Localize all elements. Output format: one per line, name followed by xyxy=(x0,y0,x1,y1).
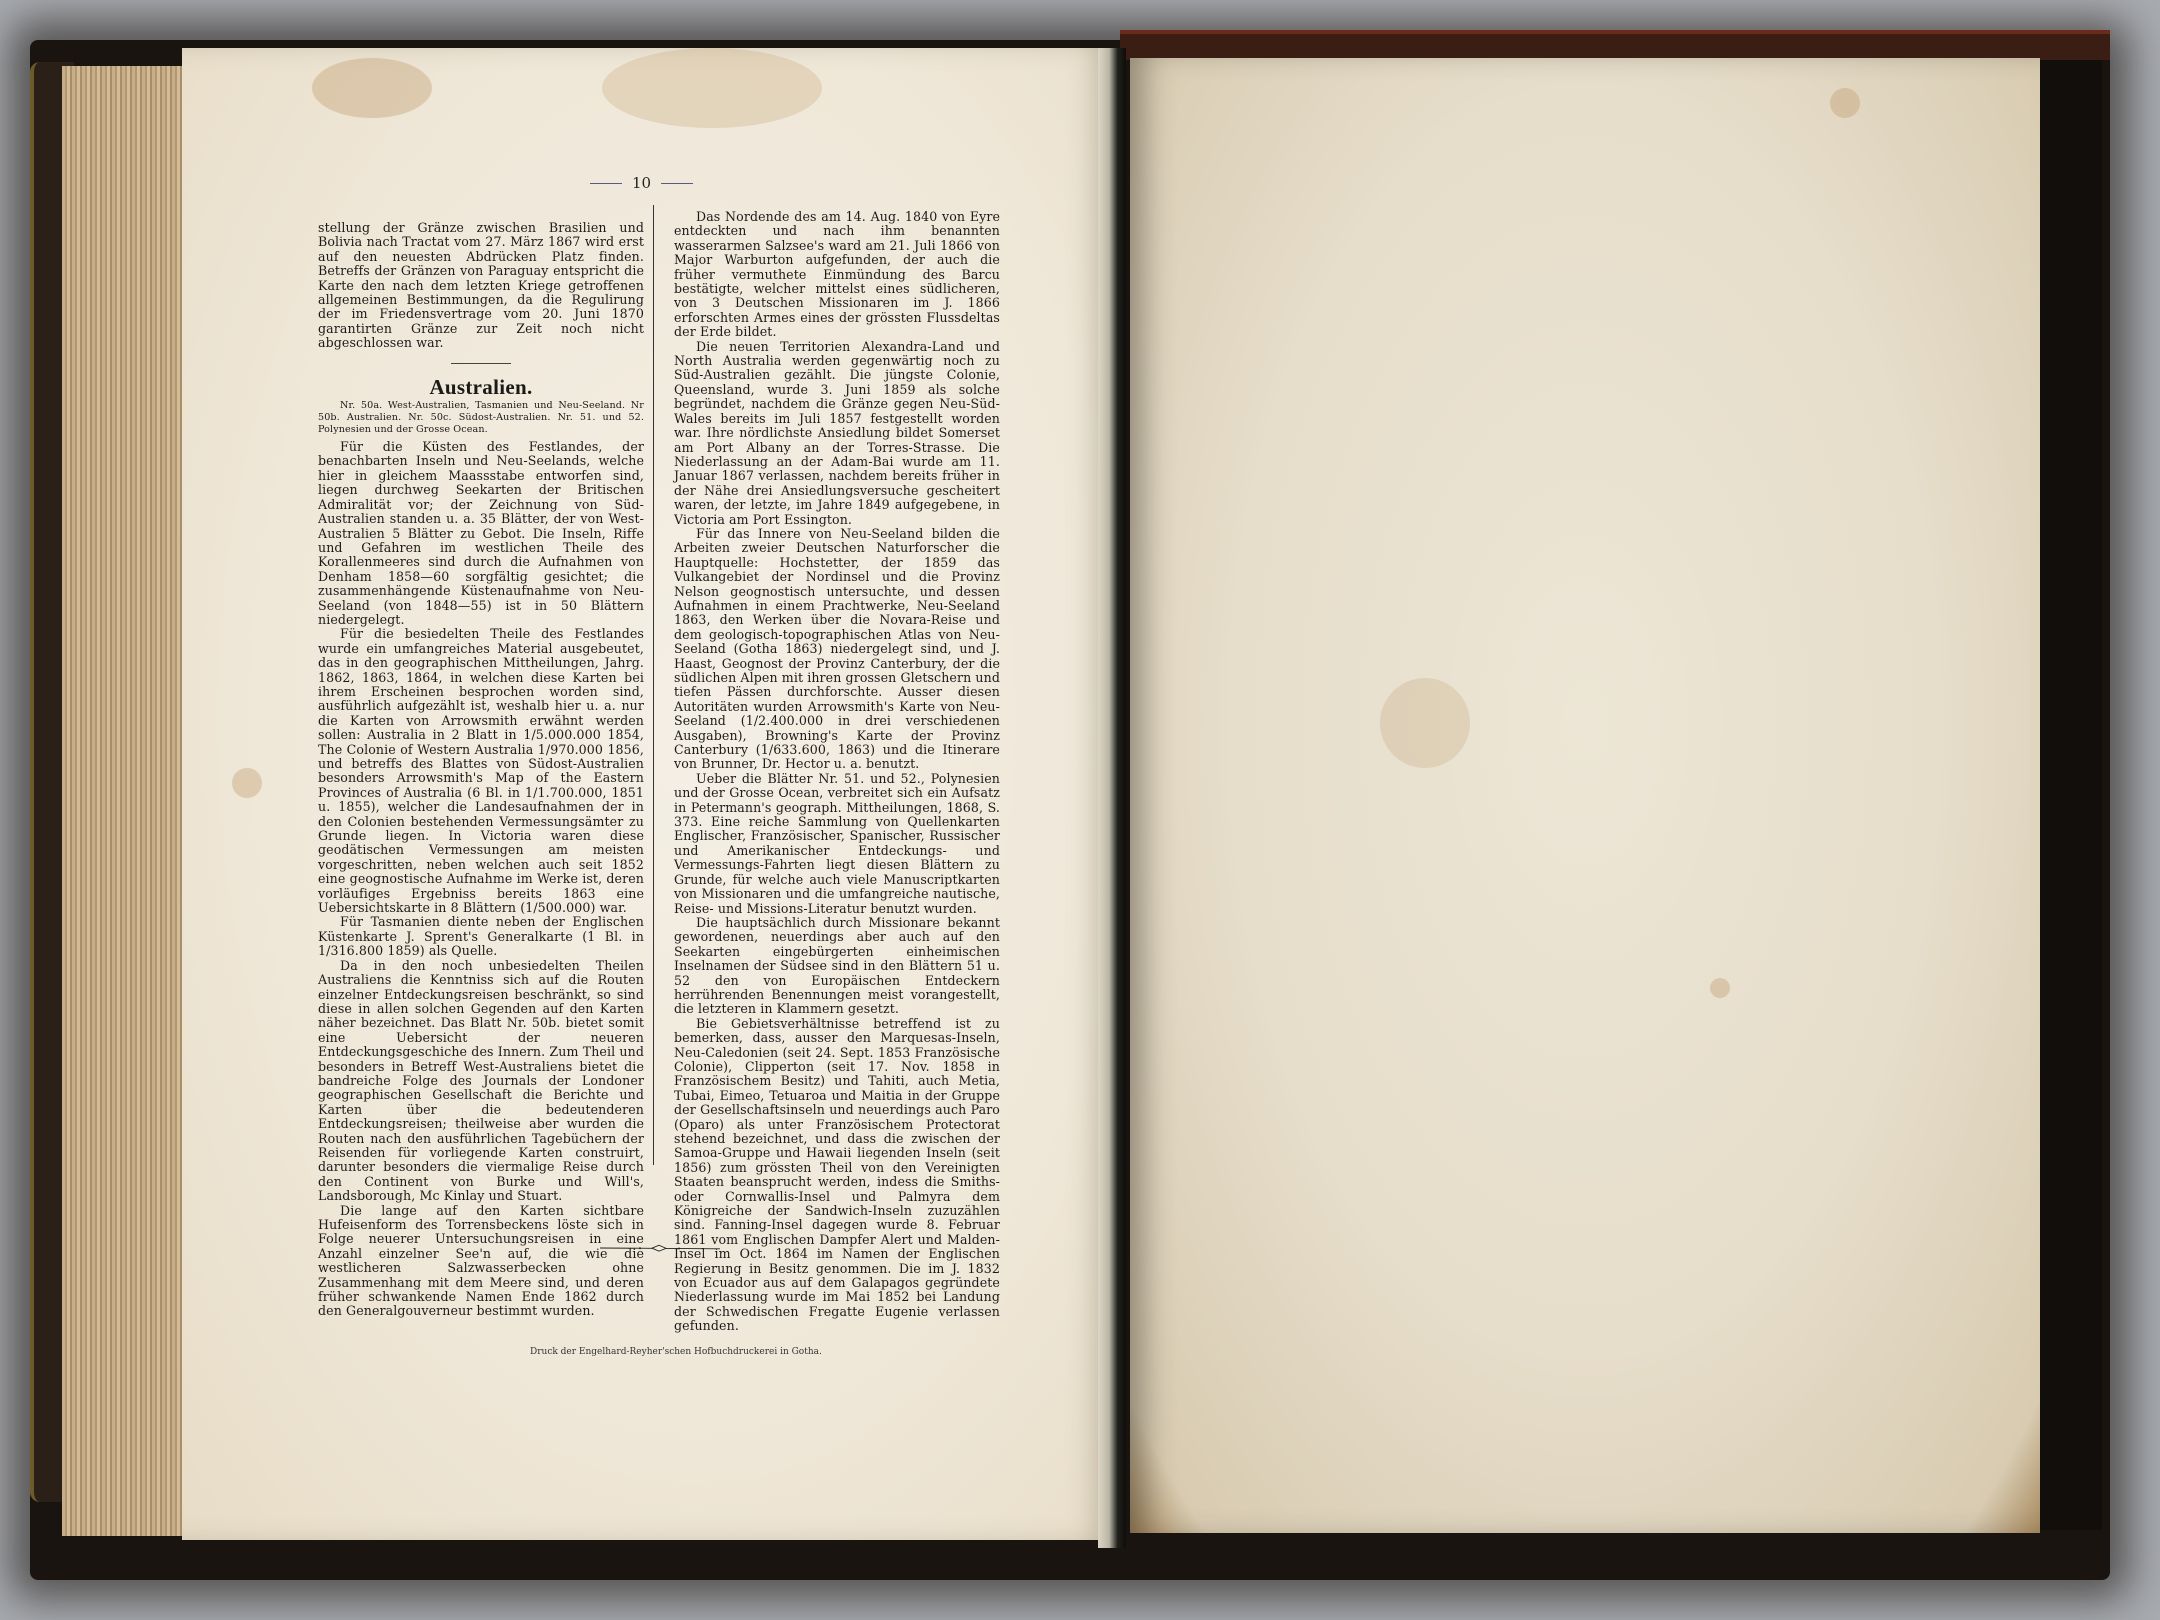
paragraph: Da in den noch unbesiedelten Theilen Aus… xyxy=(318,959,644,1204)
stain xyxy=(1830,88,1860,118)
book-gutter xyxy=(1098,48,1126,1548)
printer-imprint: Druck der Engelhard-Reyher'schen Hofbuch… xyxy=(530,1347,822,1357)
left-column: stellung der Gränze zwischen Brasilien u… xyxy=(318,221,644,1319)
paragraph: Ueber die Blätter Nr. 51. und 52., Polyn… xyxy=(674,772,1000,916)
stain xyxy=(1710,978,1730,998)
paragraph: Für die Küsten des Festlandes, der benac… xyxy=(318,440,644,627)
right-cover xyxy=(2040,60,2102,1530)
right-column: Das Nordende des am 14. Aug. 1840 von Ey… xyxy=(674,210,1000,1334)
end-ornament-icon xyxy=(600,1244,720,1252)
paragraph: Die hauptsächlich durch Missionare bekan… xyxy=(674,916,1000,1017)
paragraph: Das Nordende des am 14. Aug. 1840 von Ey… xyxy=(674,210,1000,340)
stain xyxy=(232,768,262,798)
paragraph: Für die besiedelten Theile des Festlande… xyxy=(318,627,644,915)
right-page-blank xyxy=(1130,58,2040,1533)
column-divider xyxy=(653,205,654,1165)
intro-paragraph: stellung der Gränze zwischen Brasilien u… xyxy=(318,221,644,351)
page-number-text: 10 xyxy=(632,174,651,192)
paragraph: Die lange auf den Karten sichtbare Hufei… xyxy=(318,1204,644,1319)
page-number-rule xyxy=(590,183,622,184)
stain xyxy=(602,48,822,128)
paragraph: Die neuen Territorien Alexandra-Land und… xyxy=(674,340,1000,527)
paragraph: Für das Innere von Neu-Seeland bilden di… xyxy=(674,527,1000,772)
paragraph: Bie Gebietsverhältnisse betreffend ist z… xyxy=(674,1017,1000,1334)
section-rule xyxy=(451,363,511,364)
page-number: 10 xyxy=(590,174,693,192)
paragraph: Für Tasmanien diente neben der Englische… xyxy=(318,915,644,958)
page-number-rule xyxy=(661,183,693,184)
section-heading: Australien. xyxy=(318,380,644,394)
stain xyxy=(312,58,432,118)
right-cover-edge xyxy=(1120,30,2110,60)
stain xyxy=(1380,678,1470,768)
section-subheading: Nr. 50a. West-Australien, Tasmanien und … xyxy=(318,400,644,436)
